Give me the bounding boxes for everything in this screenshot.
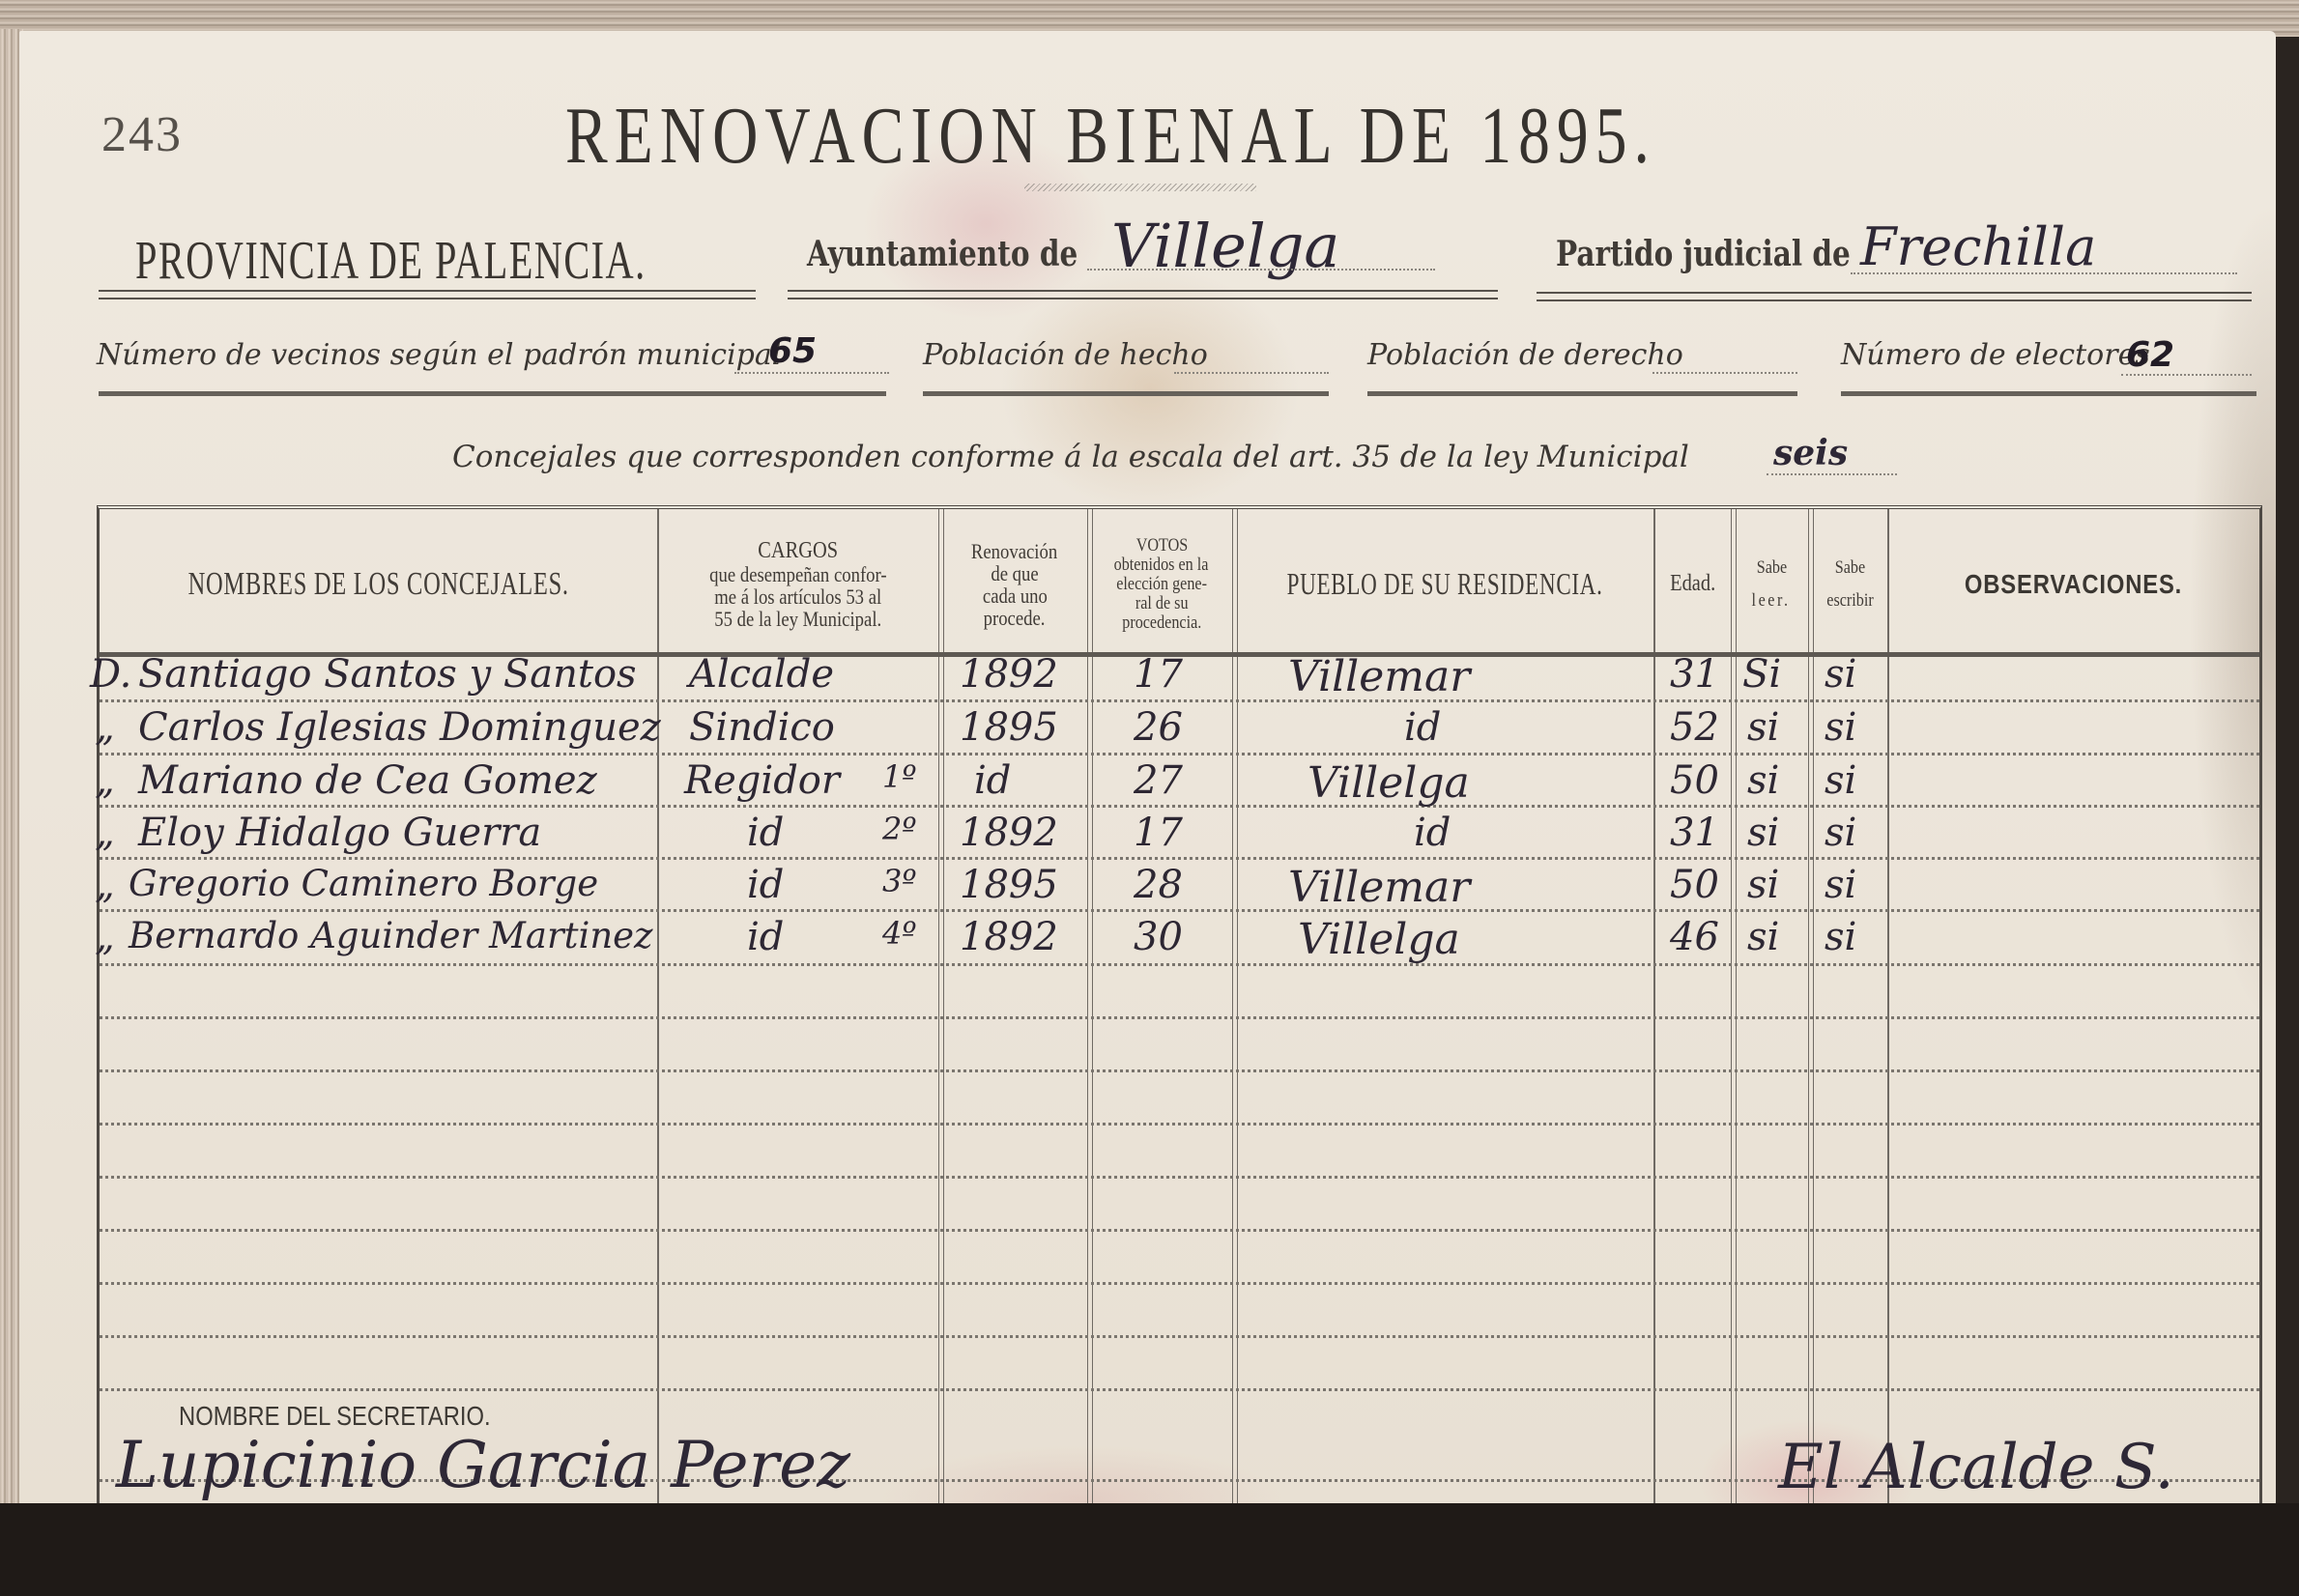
header-sabe-escribir: Sabe escribir <box>1812 517 1887 652</box>
ayuntamiento-value: Villelga <box>1111 211 1339 281</box>
cell-escribir: si <box>1825 915 1856 959</box>
provincia-label: PROVINCIA DE PALENCIA. <box>135 230 647 292</box>
row-line <box>100 1069 2259 1072</box>
cell-cargo: Sindico <box>689 705 835 750</box>
header-edad: Edad. <box>1654 517 1731 652</box>
cell-nombre: Bernardo Aguinder Martinez <box>129 915 653 956</box>
cell-votos: 30 <box>1134 915 1183 959</box>
col-divider-votos <box>1232 509 1238 1504</box>
row-line <box>100 1335 2259 1338</box>
col-divider-escribir <box>1887 509 1889 1504</box>
vecinos-dotted-line <box>734 372 889 374</box>
cell-escribir: si <box>1825 758 1856 803</box>
cell-votos: 17 <box>1134 652 1183 697</box>
secretary-signature: Lupicinio Garcia Perez <box>116 1428 850 1502</box>
cell-pueblo: Villemar <box>1288 652 1470 701</box>
poblacion-hecho-field[interactable] <box>1174 372 1329 374</box>
cell-pueblo: id <box>1414 811 1451 855</box>
concejales-label: Concejales que corresponden conforme á l… <box>452 440 1689 474</box>
cell-nombre: Eloy Hidalgo Guerra <box>138 811 541 855</box>
page-title: RENOVACION BIENAL DE 1895. <box>565 89 1500 183</box>
partido-dotted-line <box>1851 272 2237 274</box>
cell-escribir: si <box>1825 811 1856 855</box>
cell-nombre: Mariano de Cea Gomez <box>138 758 597 803</box>
row-line <box>100 1123 2259 1126</box>
header-nombres: NOMBRES DE LOS CONCEJALES. <box>100 517 657 652</box>
row-line <box>100 857 2259 860</box>
cell-ordinal: 1º <box>882 758 916 795</box>
poblacion-derecho-field[interactable] <box>1652 372 1797 374</box>
row-line <box>100 1016 2259 1019</box>
concejales-value: seis <box>1773 433 1848 473</box>
cell-edad: 52 <box>1670 705 1719 750</box>
cell-escribir: si <box>1825 863 1856 907</box>
cell-edad: 46 <box>1670 915 1719 959</box>
rule-derecho <box>1367 391 1797 396</box>
row-line <box>100 909 2259 912</box>
concejales-dotted-line <box>1767 473 1897 475</box>
cell-nombre: Santiago Santos y Santos <box>138 652 637 697</box>
row-line <box>100 753 2259 755</box>
cell-leer: si <box>1747 705 1779 750</box>
cell-nombre: Carlos Iglesias Dominguez <box>138 705 661 750</box>
cell-escribir: si <box>1825 652 1856 697</box>
cell-edad: 31 <box>1670 652 1719 697</box>
header-renovacion: Renovación de que cada uno procede. <box>942 517 1087 652</box>
cell-cargo: id <box>747 863 784 907</box>
row-line <box>100 699 2259 702</box>
cell-edad: 31 <box>1670 811 1719 855</box>
cell-renovacion: 1892 <box>960 652 1058 697</box>
col-divider-pueblo <box>1653 509 1655 1504</box>
col-divider-leer <box>1808 509 1814 1504</box>
col-divider-cargos <box>938 509 944 1504</box>
header-pueblo: PUEBLO DE SU RESIDENCIA. <box>1236 517 1653 652</box>
poblacion-hecho-label: Población de hecho <box>923 338 1208 372</box>
header-votos: VOTOS obtenidos en la elección gene- ral… <box>1091 517 1232 652</box>
vecinos-value: 65 <box>768 331 817 371</box>
poblacion-derecho-label: Población de derecho <box>1367 338 1683 372</box>
cell-leer: Si <box>1742 652 1781 697</box>
row-line <box>100 1229 2259 1232</box>
vecinos-label: Número de vecinos según el padrón munici… <box>97 338 781 372</box>
cell-leer: si <box>1747 758 1779 803</box>
ayuntamiento-label: Ayuntamiento de <box>807 234 1078 274</box>
cell-pueblo: Villelga <box>1298 915 1460 964</box>
cell-votos: 17 <box>1134 811 1183 855</box>
row-line <box>100 1282 2259 1285</box>
cell-nombre: Gregorio Caminero Borge <box>129 863 598 904</box>
col-divider-nombres <box>657 509 659 1504</box>
cell-renovacion: id <box>974 758 1011 803</box>
cell-votos: 27 <box>1134 758 1183 803</box>
row-line <box>100 1388 2259 1391</box>
cell-edad: 50 <box>1670 758 1719 803</box>
cell-escribir: si <box>1825 705 1856 750</box>
title-ornament <box>1024 184 1256 191</box>
concejales-table: NOMBRES DE LOS CONCEJALES. CARGOS que de… <box>97 505 2262 1514</box>
partido-label: Partido judicial de <box>1556 234 1851 274</box>
cell-renovacion: 1892 <box>960 915 1058 959</box>
cell-pueblo: id <box>1404 705 1441 750</box>
rule-provincia <box>99 290 756 299</box>
header-sabe-leer: Sabe leer. <box>1735 517 1808 652</box>
cell-cargo: Alcalde <box>689 652 834 697</box>
col-divider-renovacion <box>1087 509 1093 1504</box>
cell-leer: si <box>1747 811 1779 855</box>
header-observaciones: OBSERVACIONES. <box>1888 517 2259 652</box>
cell-cargo: Regidor <box>684 758 840 803</box>
col-divider-edad <box>1731 509 1737 1504</box>
cell-ordinal: 4º <box>882 915 916 952</box>
cell-pueblo: Villemar <box>1288 863 1470 912</box>
cell-cargo: id <box>747 811 784 855</box>
page-number: 243 <box>101 106 183 163</box>
header-cargos: CARGOS que desempeñan confor- me á los a… <box>658 517 938 652</box>
cell-ordinal: 3º <box>882 863 916 899</box>
cell-pueblo: Villelga <box>1308 758 1470 808</box>
book-background <box>0 1503 2299 1596</box>
ayuntamiento-dotted-line <box>1087 269 1435 271</box>
cell-ordinal: 2º <box>882 811 916 847</box>
electores-value: 62 <box>2126 335 2174 375</box>
cell-renovacion: 1895 <box>960 705 1058 750</box>
row-line <box>100 1176 2259 1179</box>
cell-votos: 26 <box>1134 705 1183 750</box>
cell-votos: 28 <box>1134 863 1183 907</box>
cell-cargo: id <box>747 915 784 959</box>
rule-vecinos <box>99 391 886 396</box>
electores-label: Número de electores <box>1841 338 2150 372</box>
rule-ayuntamiento <box>788 290 1498 299</box>
cell-renovacion: 1892 <box>960 811 1058 855</box>
partido-value: Frechilla <box>1860 216 2096 277</box>
rule-electores <box>1841 391 2256 396</box>
cell-renovacion: 1895 <box>960 863 1058 907</box>
alcalde-signature: El Alcalde S. <box>1778 1432 2174 1503</box>
rule-hecho <box>923 391 1329 396</box>
cell-leer: si <box>1747 915 1779 959</box>
row-line <box>100 963 2259 966</box>
cell-leer: si <box>1747 863 1779 907</box>
electores-dotted-line <box>2121 374 2252 376</box>
cell-edad: 50 <box>1670 863 1719 907</box>
row-line <box>100 805 2259 808</box>
rule-partido <box>1537 292 2252 301</box>
